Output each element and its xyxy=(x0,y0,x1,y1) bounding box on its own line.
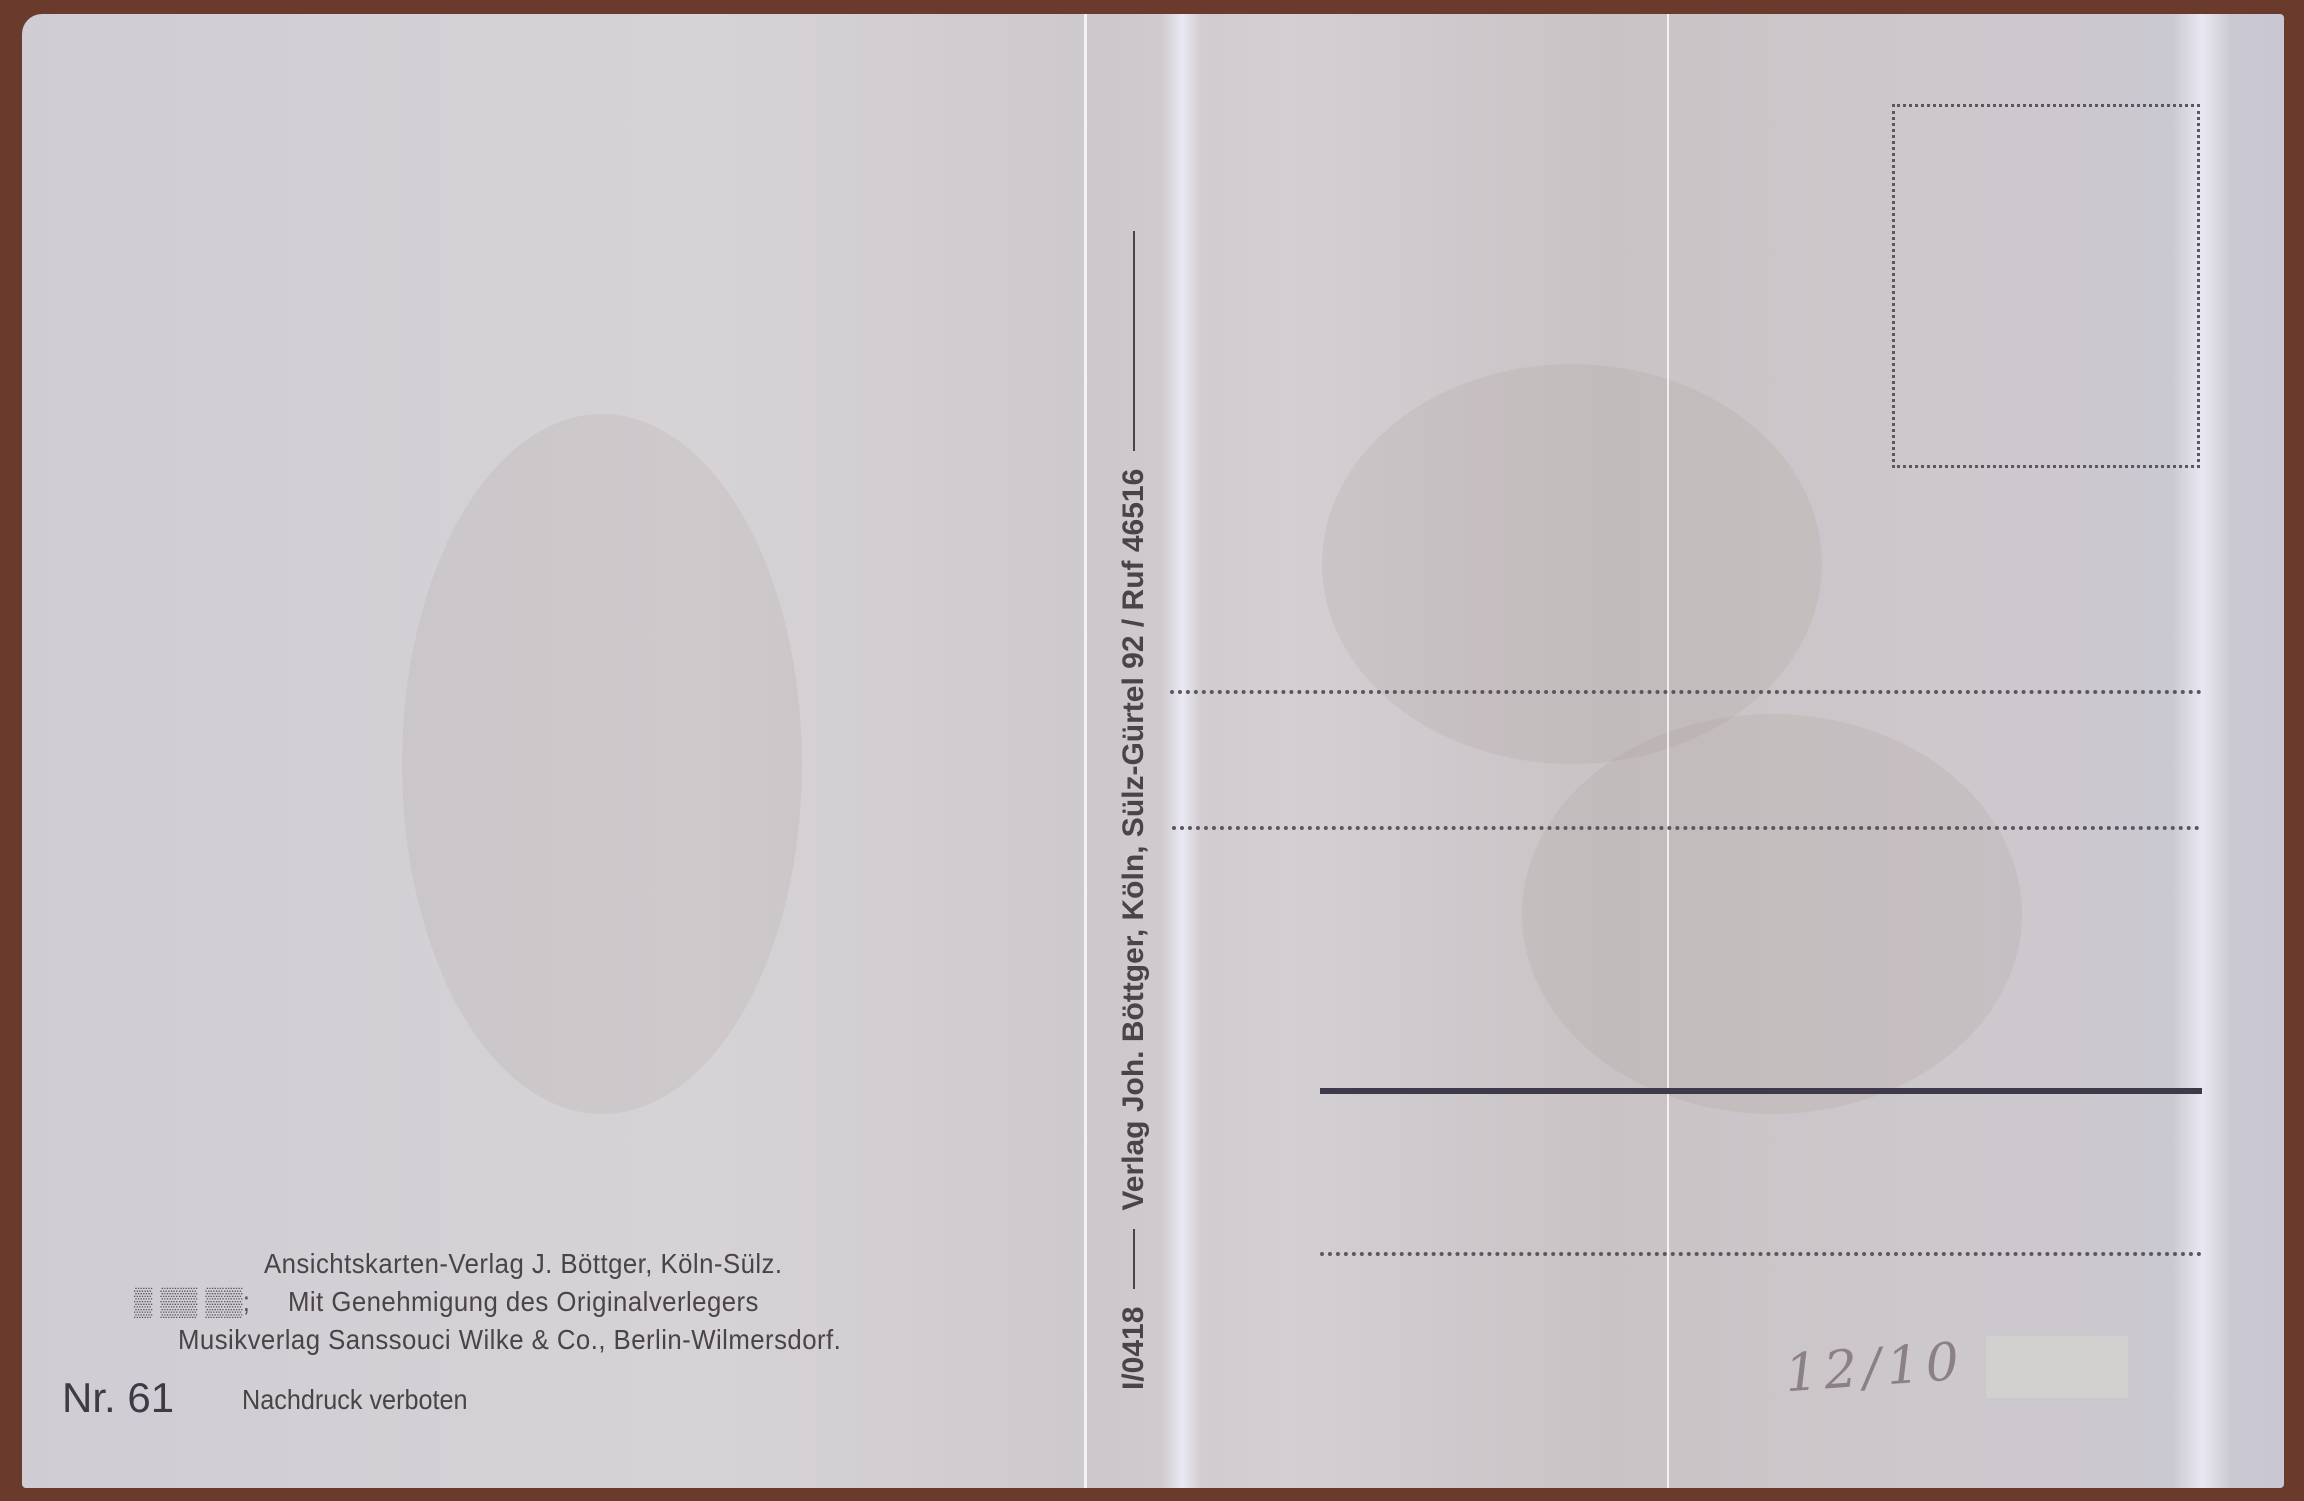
sleeve-seam xyxy=(1667,14,1669,1488)
redacted-label xyxy=(1986,1336,2128,1398)
handwritten-note: 12/10 xyxy=(1783,1332,1967,1404)
address-line-1 xyxy=(1170,690,2202,694)
permission-line: Mit Genehmigung des Originalverlegers xyxy=(288,1286,759,1318)
address-line-2 xyxy=(1172,826,2200,830)
paper-stain xyxy=(402,414,802,1114)
paper-stain xyxy=(1322,364,1822,764)
stamp-box xyxy=(1892,104,2200,468)
card-number: Nr. 61 xyxy=(62,1374,174,1422)
music-publisher-line: Musikverlag Sanssouci Wilke & Co., Berli… xyxy=(178,1324,841,1356)
address-line-3-solid xyxy=(1320,1088,2202,1094)
sleeve-seam xyxy=(1084,14,1087,1488)
dash-rule xyxy=(1133,231,1135,451)
publisher-line: Ansichtskarten-Verlag J. Böttger, Köln-S… xyxy=(264,1248,783,1280)
paper-stain xyxy=(1522,714,2022,1114)
vertical-divider-text: I/0418 Verlag Joh. Böttger, Köln, Sülz-G… xyxy=(1117,231,1151,1390)
sleeve-glare xyxy=(1162,14,1202,1488)
copyright-notice: Nachdruck verboten xyxy=(242,1384,468,1416)
print-code: I/0418 xyxy=(1117,1307,1151,1390)
publisher-address: Verlag Joh. Böttger, Köln, Sülz-Gürtel 9… xyxy=(1117,469,1151,1211)
smudged-prefix: ▒ ▒▒ ▒▒; xyxy=(134,1286,250,1318)
address-line-4 xyxy=(1320,1252,2202,1256)
dash-rule xyxy=(1133,1229,1135,1289)
